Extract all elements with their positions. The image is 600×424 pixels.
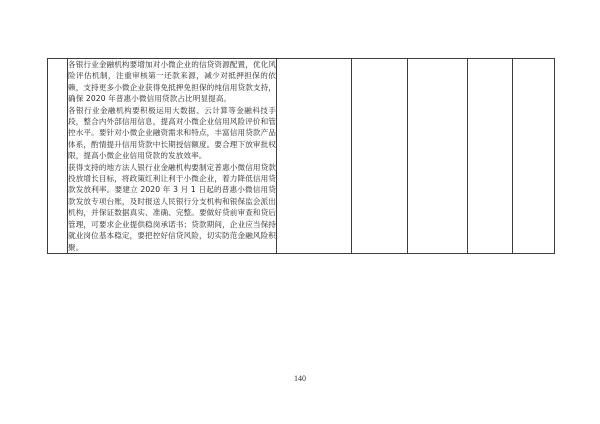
content-table: 各银行业金融机构要增加对小微企业的信贷资源配置，优化风险评估机制，注重审核第一还…	[47, 58, 555, 254]
content-cell: 各银行业金融机构要增加对小微企业的信贷资源配置，优化风险评估机制，注重审核第一还…	[68, 59, 277, 254]
paragraph-credit-allocation: 各银行业金融机构要增加对小微企业的信贷资源配置，优化风险评估机制，注重审核第一还…	[68, 59, 276, 105]
empty-cell-3	[408, 59, 468, 254]
table-row: 各银行业金融机构要增加对小微企业的信贷资源配置，优化风险评估机制，注重审核第一还…	[48, 59, 555, 254]
document-page: 各银行业金融机构要增加对小微企业的信贷资源配置，优化风险评估机制，注重审核第一还…	[0, 0, 600, 424]
paragraph-local-bank-targets: 获得支持的地方法人银行业金融机构要制定普惠小微信用贷款投放增长目标，将政策红利让…	[68, 162, 276, 253]
index-cell	[48, 59, 68, 254]
empty-cell-1	[277, 59, 352, 254]
empty-cell-5	[513, 59, 555, 254]
paragraph-fintech-risk-control: 各银行业金融机构要积极运用大数据、云计算等金融科技手段，整合内外部信用信息，提高…	[68, 105, 276, 162]
empty-cell-2	[352, 59, 408, 254]
page-number: 140	[0, 374, 600, 383]
empty-cell-4	[468, 59, 513, 254]
